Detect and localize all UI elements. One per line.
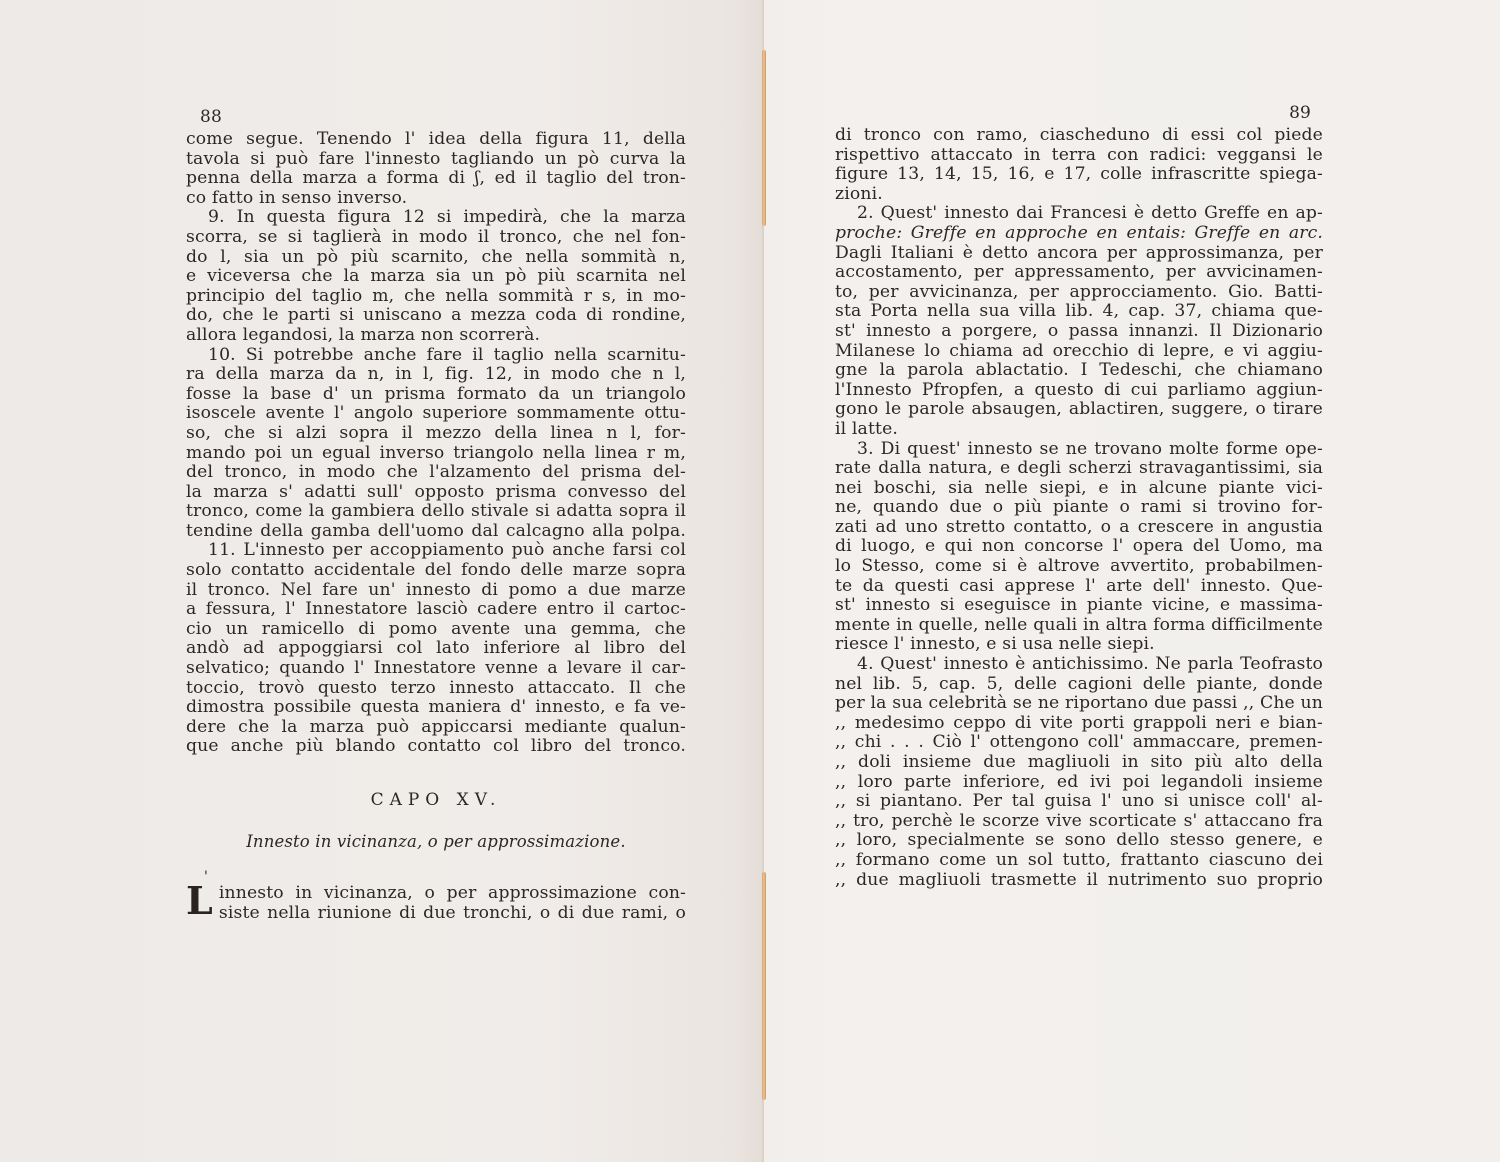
page-number: 88 [186, 104, 686, 130]
text-line: sta Porta nella sua villa lib. 4, cap. 3… [835, 302, 1323, 322]
text-line: rispettivo attaccato in terra con radici… [835, 146, 1323, 166]
text-line: ,, loro, specialmente se sono dello stes… [835, 831, 1323, 851]
text-line: ne, quando due o più piante o rami si tr… [835, 498, 1323, 518]
text-line: so, che si alzi sopra il mezzo della lin… [186, 424, 686, 444]
text-line: fosse la base d' un prisma formato da un… [186, 385, 686, 405]
text-line: a fessura, l' Innestatore lasciò cadere … [186, 600, 686, 620]
text-line: Dagli Italiani è detto ancora per appros… [835, 244, 1323, 264]
book-spread: 88 come segue. Tenendo l' idea della fig… [0, 0, 1500, 1162]
binding-thread-top [762, 50, 766, 226]
text-line: ,, chi . . . Ciò l' ottengono coll' amma… [835, 733, 1323, 753]
text-line: isoscele avente l' angolo superiore somm… [186, 404, 686, 424]
drop-cap: L [186, 886, 213, 916]
text-line: proche: Greffe en approche en entais: Gr… [835, 224, 1323, 244]
text-line: rate dalla natura, e degli scherzi strav… [835, 459, 1323, 479]
binding-thread-bottom [762, 872, 766, 1100]
text-line: lo Stesso, come si è altrove avvertito, … [835, 557, 1323, 577]
text-line: penna della marza a forma di ʃ, ed il ta… [186, 169, 686, 189]
paragraph-9-start: 9. In questa figura 12 si impedirà, che … [186, 208, 686, 228]
text-line: di luogo, e qui non concorse l' opera de… [835, 537, 1323, 557]
text-line: del tronco, in modo che l'alzamento del … [186, 463, 686, 483]
text-line: zioni. [835, 185, 1323, 205]
text-line: principio del taglio m, che nella sommit… [186, 287, 686, 307]
text-line: come segue. Tenendo l' idea della figura… [186, 130, 686, 150]
text-line: scorra, se si taglierà in modo il tronco… [186, 228, 686, 248]
paragraph-3-start: 3. Di quest' innesto se ne trovano molte… [835, 440, 1323, 460]
text-line: l'Innesto Pfropfen, a questo di cui parl… [835, 381, 1323, 401]
text-line: tronco, come la gambiera dello stivale s… [186, 502, 686, 522]
paragraph-4-start: 4. Quest' innesto è antichissimo. Ne par… [835, 655, 1323, 675]
text-line: dimostra possibile questa maniera d' inn… [186, 698, 686, 718]
text-line: andò ad appoggiarsi col lato inferiore a… [186, 639, 686, 659]
text-line: la marza s' adatti sull' opposto prisma … [186, 483, 686, 503]
text-line: gne la parola ablactatio. I Tedeschi, ch… [835, 361, 1323, 381]
paragraph-2-start: 2. Quest' innesto dai Francesi è detto G… [835, 204, 1323, 224]
text-line: zati ad uno stretto contatto, o a cresce… [835, 518, 1323, 538]
text-line: ra della marza da n, in l, fig. 12, in m… [186, 365, 686, 385]
text-line: st' innesto si eseguisce in piante vicin… [835, 596, 1323, 616]
left-text-block: 88 come segue. Tenendo l' idea della fig… [186, 104, 686, 923]
text-line: allora legandosi, la marza non scorrerà. [186, 326, 686, 346]
right-text-block: 89 di tronco con ramo, ciascheduno di es… [835, 100, 1323, 890]
text-line: il latte. [835, 420, 1323, 440]
text-line: do l, sia un pò più scarnito, che nella … [186, 248, 686, 268]
text-line: selvatico; quando l' Innestatore venne a… [186, 659, 686, 679]
right-page: 89 di tronco con ramo, ciascheduno di es… [764, 0, 1500, 1162]
paragraph-10-start: 10. Si potrebbe anche fare il taglio nel… [186, 346, 686, 366]
text-line: nei boschi, sia nelle siepi, e in alcune… [835, 479, 1323, 499]
text-line: il tronco. Nel fare un' innesto di pomo … [186, 581, 686, 601]
paragraph-11-start: 11. L'innesto per accoppiamento può anch… [186, 541, 686, 561]
text-line: dere che la marza può appiccarsi mediant… [186, 718, 686, 738]
text-line: ,, doli insieme due magliuoli in sito pi… [835, 753, 1323, 773]
text-line: ,, loro parte inferiore, ed ivi poi lega… [835, 773, 1323, 793]
text-line: gono le parole absaugen, ablactiren, sug… [835, 400, 1323, 420]
text-line: ,, medesimo ceppo di vite porti grappoli… [835, 714, 1323, 734]
text-line: to, per avvicinanza, per approcciamento.… [835, 283, 1323, 303]
text-line: di tronco con ramo, ciascheduno di essi … [835, 126, 1323, 146]
text-line: mando poi un egual inverso triangolo nel… [186, 444, 686, 464]
text-line: per la sua celebrità se ne riportano due… [835, 694, 1323, 714]
left-page: 88 come segue. Tenendo l' idea della fig… [0, 0, 764, 1162]
text-line: ,, due magliuoli trasmette il nutrimento… [835, 871, 1323, 891]
text-line: mente in quelle, nelle quali in altra fo… [835, 616, 1323, 636]
page-number: 89 [835, 100, 1323, 126]
text-line: tendine della gamba dell'uomo dal calcag… [186, 522, 686, 542]
text-line: ,, tro, perchè le scorze vive scorticate… [835, 812, 1323, 832]
text-line: toccio, trovò questo terzo innesto attac… [186, 679, 686, 699]
text-line: figure 13, 14, 15, 16, e 17, colle infra… [835, 165, 1323, 185]
text-line: solo contatto accidentale del fondo dell… [186, 561, 686, 581]
text-line: ,, si piantano. Per tal guisa l' uno si … [835, 792, 1323, 812]
text-line: Milanese lo chiama ad orecchio di lepre,… [835, 342, 1323, 362]
text-line: e viceversa che la marza sia un pò più s… [186, 267, 686, 287]
text-line: ,, formano come un sol tutto, frattanto … [835, 851, 1323, 871]
text-line: te da questi casi apprese l' arte dell' … [835, 577, 1323, 597]
text-line: que anche più blando contatto col libro … [186, 737, 686, 757]
text-line: co fatto in senso inverso. [186, 189, 686, 209]
chapter-opening-paragraph: ' L innesto in vicinanza, o per approssi… [186, 884, 686, 923]
text-line: nel lib. 5, cap. 5, delle cagioni delle … [835, 675, 1323, 695]
text-line: innesto in vicinanza, o per approssimazi… [186, 884, 686, 904]
chapter-subtitle: Innesto in vicinanza, o per approssimazi… [186, 830, 686, 854]
text-line: cio un ramicello di pomo avente una gemm… [186, 620, 686, 640]
text-line: do, che le parti si uniscano a mezza cod… [186, 306, 686, 326]
chapter-heading: CAPO XV. [186, 787, 686, 813]
text-line: tavola si può fare l'innesto tagliando u… [186, 150, 686, 170]
text-line: st' innesto a porgere, o passa innanzi. … [835, 322, 1323, 342]
dropcap-apostrophe: ' [204, 868, 208, 888]
text-line: siste nella riunione di due tronchi, o d… [186, 904, 686, 924]
text-line: riesce l' innesto, e si usa nelle siepi. [835, 635, 1323, 655]
text-line: accostamento, per appressamento, per avv… [835, 263, 1323, 283]
